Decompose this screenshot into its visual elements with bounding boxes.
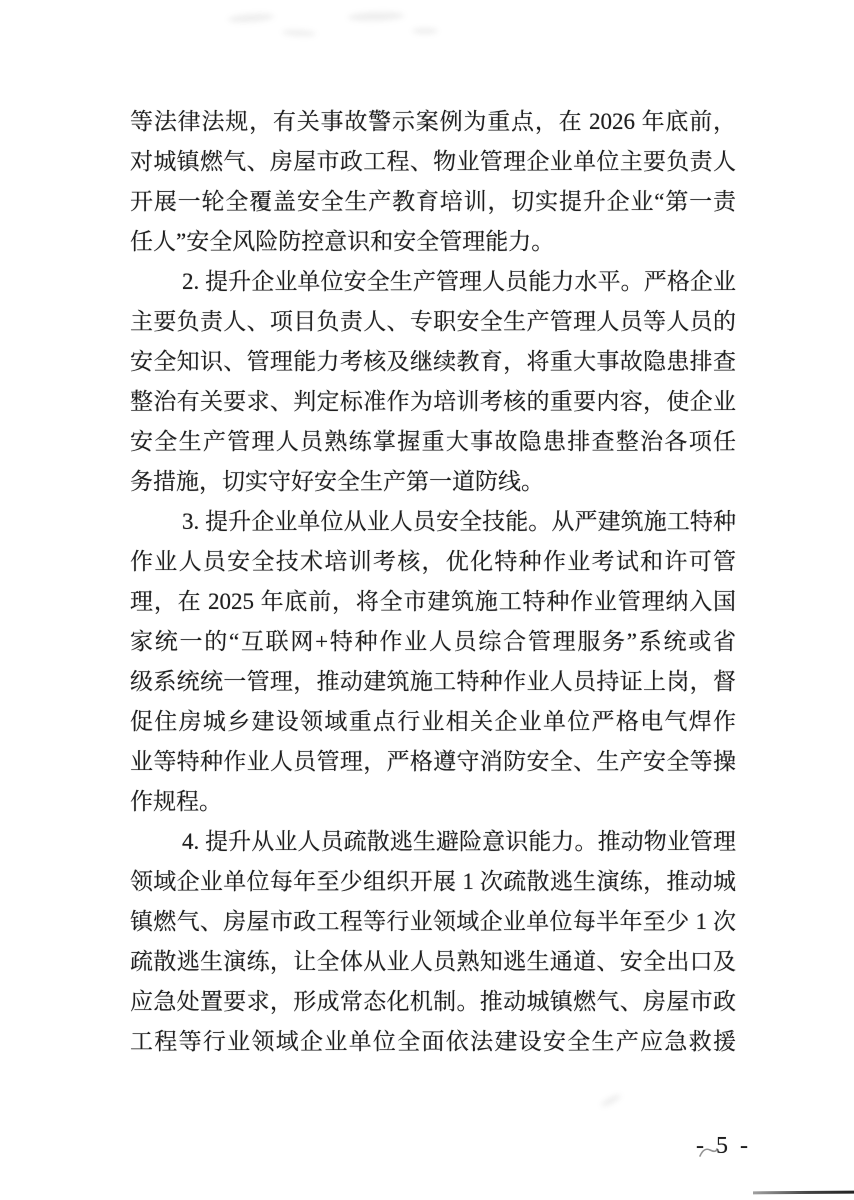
scan-smudge [228, 12, 274, 23]
text-line: 等法律法规，有关事故警示案例为重点，在 2026 年底前， [130, 102, 736, 142]
text-line: 作规程。 [130, 782, 736, 822]
text-line: 业等特种作业人员管理，严格遵守消防安全、生产安全等操 [130, 742, 736, 782]
text-line: 级系统统一管理，推动建筑施工特种作业人员持证上岗，督 [130, 662, 736, 702]
scan-smudge [600, 1093, 622, 1108]
text-line: 务措施，切实守好安全生产第一道防线。 [130, 462, 736, 502]
text-line: 镇燃气、房屋市政工程等行业领域企业单位每半年至少 1 次 [130, 902, 736, 942]
scan-squiggle-mark [699, 1146, 719, 1160]
text-line: 理，在 2025 年底前，将全市建筑施工特种作业管理纳入国 [130, 582, 736, 622]
text-line: 工程等行业领域企业单位全面依法建设安全生产应急救援 [130, 1022, 736, 1062]
document-page: 等法律法规，有关事故警示案例为重点，在 2026 年底前，对城镇燃气、房屋市政工… [0, 0, 854, 1200]
text-line: 4. 提升从业人员疏散逃生避险意识能力。推动物业管理 [130, 822, 736, 862]
text-line: 对城镇燃气、房屋市政工程、物业管理企业单位主要负责人 [130, 142, 736, 182]
text-line: 家统一的“互联网+特种作业人员综合管理服务”系统或省 [130, 622, 736, 662]
text-line: 领域企业单位每年至少组织开展 1 次疏散逃生演练，推动城 [130, 862, 736, 902]
text-line: 2. 提升企业单位安全生产管理人员能力水平。严格企业 [130, 262, 736, 302]
scan-smudge [282, 29, 316, 37]
text-line: 疏散逃生演练，让全体从业人员熟知逃生通道、安全出口及 [130, 942, 736, 982]
text-line: 促住房城乡建设领域重点行业相关企业单位严格电气焊作 [130, 702, 736, 742]
scan-edge-line [753, 1191, 854, 1194]
text-line: 安全知识、管理能力考核及继续教育，将重大事故隐患排查 [130, 342, 736, 382]
text-line: 整治有关要求、判定标准作为培训考核的重要内容，使企业 [130, 382, 736, 422]
text-line: 开展一轮全覆盖安全生产教育培训，切实提升企业“第一责 [130, 182, 736, 222]
text-line: 作业人员安全技术培训考核，优化特种作业考试和许可管 [130, 542, 736, 582]
text-line: 安全生产管理人员熟练掌握重大事故隐患排查整治各项任 [130, 422, 736, 462]
scan-smudge [412, 28, 438, 34]
document-body: 等法律法规，有关事故警示案例为重点，在 2026 年底前，对城镇燃气、房屋市政工… [130, 102, 736, 1062]
text-line: 3. 提升企业单位从业人员安全技能。从严建筑施工特种 [130, 502, 736, 542]
text-line: 主要负责人、项目负责人、专职安全生产管理人员等人员的 [130, 302, 736, 342]
text-line: 任人”安全风险防控意识和安全管理能力。 [130, 222, 736, 262]
text-line: 应急处置要求，形成常态化机制。推动城镇燃气、房屋市政 [130, 982, 736, 1022]
scan-smudge [348, 11, 404, 22]
